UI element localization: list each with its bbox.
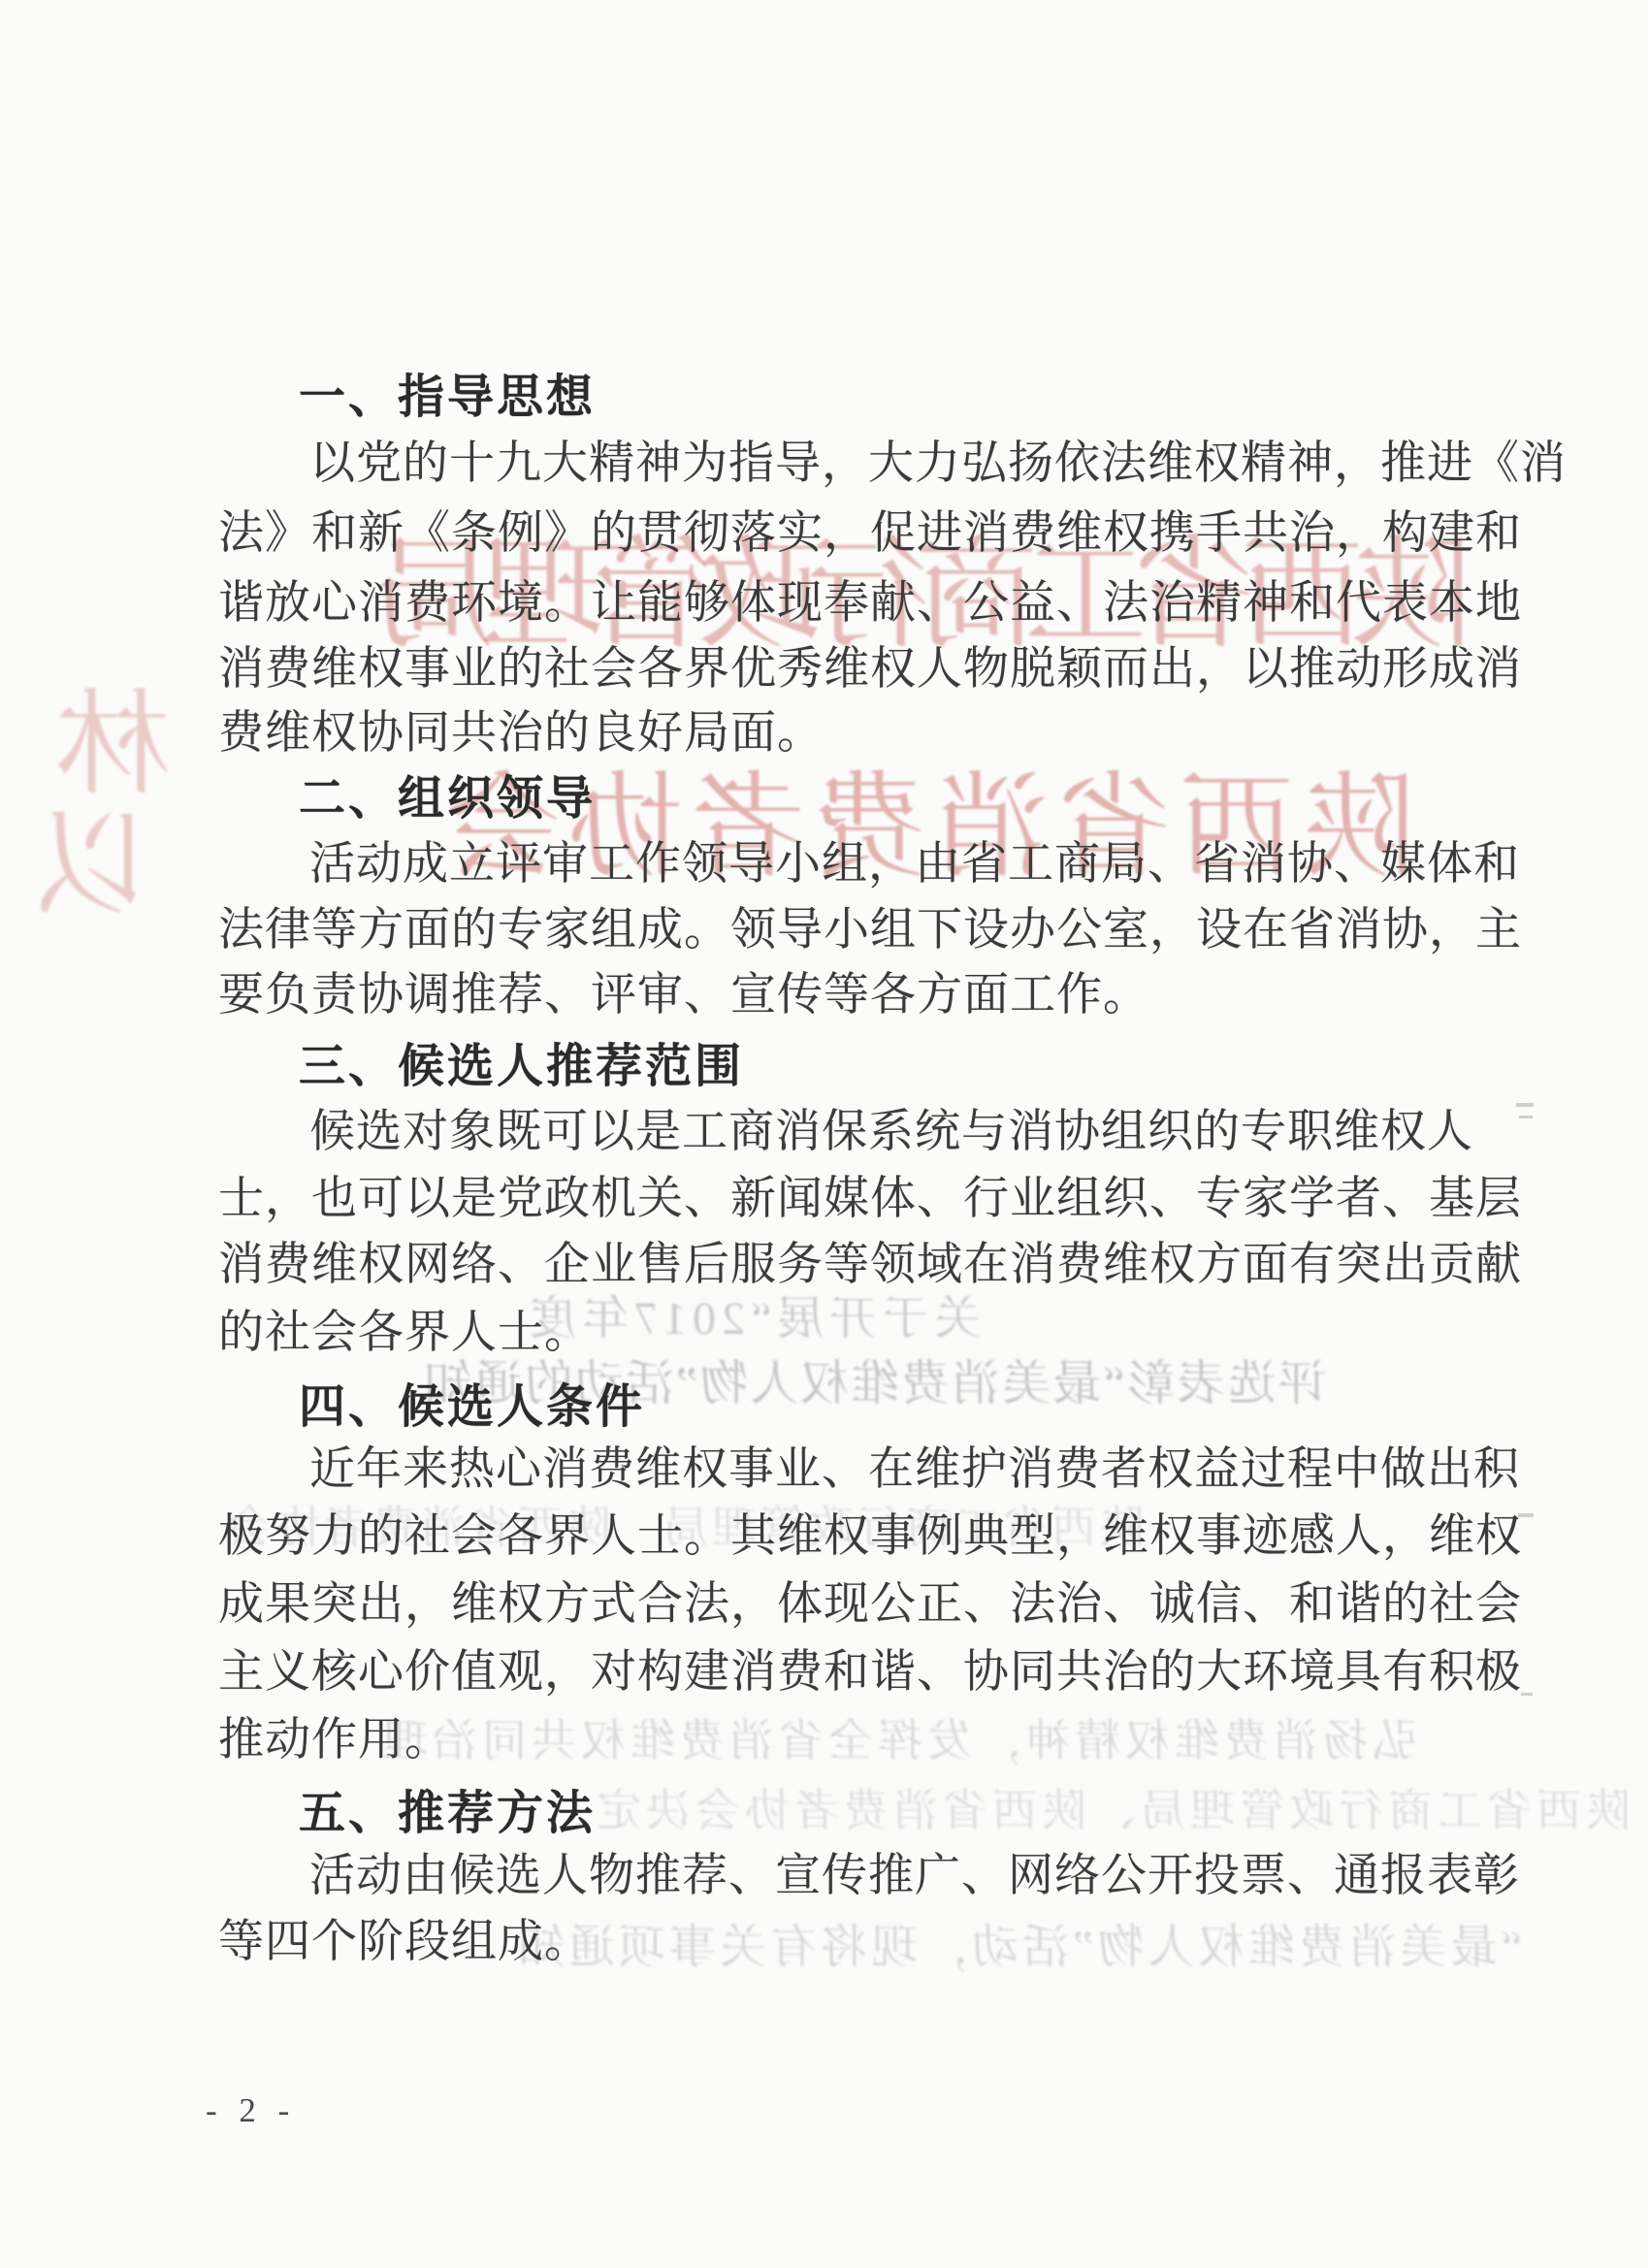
section-heading-candidate-conditions: 四、候选人条件 <box>299 1381 645 1434</box>
body-line: 法律等方面的专家组成。领导小组下设办公室，设在省消协，主 <box>218 905 1522 956</box>
body-line: 推动作用。 <box>218 1715 451 1766</box>
body-line: 法》和新《条例》的贯彻落实，促进消费维权携手共治，构建和 <box>218 508 1522 559</box>
section-heading-guiding-ideology: 一、指导思想 <box>299 372 596 424</box>
gray-bleedthrough-line: 陕西省工商行政管理局、陕西省消费者协会决定 <box>592 1775 1631 1839</box>
body-line: 谐放心消费环境。让能够体现奉献、公益、法治精神和代表本地 <box>218 578 1522 629</box>
body-line: 消费维权事业的社会各界优秀维权人物脱颖而出，以推动形成消 <box>218 644 1522 695</box>
body-line: 等四个阶段组成。 <box>218 1917 591 1967</box>
body-line: 消费维权网络、企业售后服务等领域在消费维权方面有突出贡献 <box>218 1240 1522 1290</box>
body-line: 要负责协调推荐、评审、宣传等各方面工作。 <box>218 970 1149 1021</box>
section-heading-candidate-scope: 三、候选人推荐范围 <box>299 1041 744 1093</box>
body-line: 主义核心价值观，对构建消费和谐、协同共治的大环境具有积极 <box>218 1647 1522 1698</box>
body-line: 以党的十九大精神为指导，大力弘扬依法维权精神，推进《消 <box>309 438 1567 489</box>
scan-artifact <box>1521 1693 1533 1696</box>
scanned-document-page: 陕西省工商行政管理局 陕西省消费者协会 林 以 关于开展“2017年度 评选表彰… <box>0 0 1649 2268</box>
body-line: 费维权协同共治的良好局面。 <box>218 708 824 759</box>
red-bleedthrough-fragment: 以 <box>37 771 151 936</box>
scan-artifact <box>1516 1103 1534 1107</box>
body-line: 候选对象既可以是工商消保系统与消协组织的专职维权人 <box>309 1107 1473 1157</box>
gray-bleedthrough-line: 关于开展“2017年度 <box>524 1280 981 1347</box>
body-line: 近年来热心消费维权事业、在维护消费者权益过程中做出积 <box>309 1444 1520 1495</box>
gray-bleedthrough-line: 弘扬消费维权精神，发挥全省消费维权共同治理 <box>378 1705 1417 1769</box>
section-heading-recommendation-method: 五、推荐方法 <box>299 1788 596 1840</box>
body-line: 士，也可以是党政机关、新闻媒体、行业组织、专家学者、基层 <box>218 1174 1522 1224</box>
body-line: 的社会各界人士。 <box>218 1308 591 1358</box>
page-number: - 2 - <box>206 2091 296 2130</box>
gray-bleedthrough-line: “最美消费维权人物”活动，现将有关事项通知 <box>514 1909 1522 1976</box>
body-line: 活动由候选人物推荐、宣传推广、网络公开投票、通报表彰 <box>309 1851 1520 1901</box>
body-line: 成果突出，维权方式合法，体现公正、法治、诚信、和谐的社会 <box>218 1579 1522 1630</box>
red-bleedthrough-fragment: 林 <box>56 652 171 817</box>
body-line: 活动成立评审工作领导小组，由省工商局、省消协、媒体和 <box>309 839 1520 890</box>
scan-artifact <box>1519 1116 1533 1118</box>
section-heading-organization-leadership: 二、组织领导 <box>299 773 596 826</box>
body-line: 极努力的社会各界人士。其维权事例典型，维权事迹感人，维权 <box>218 1511 1522 1562</box>
